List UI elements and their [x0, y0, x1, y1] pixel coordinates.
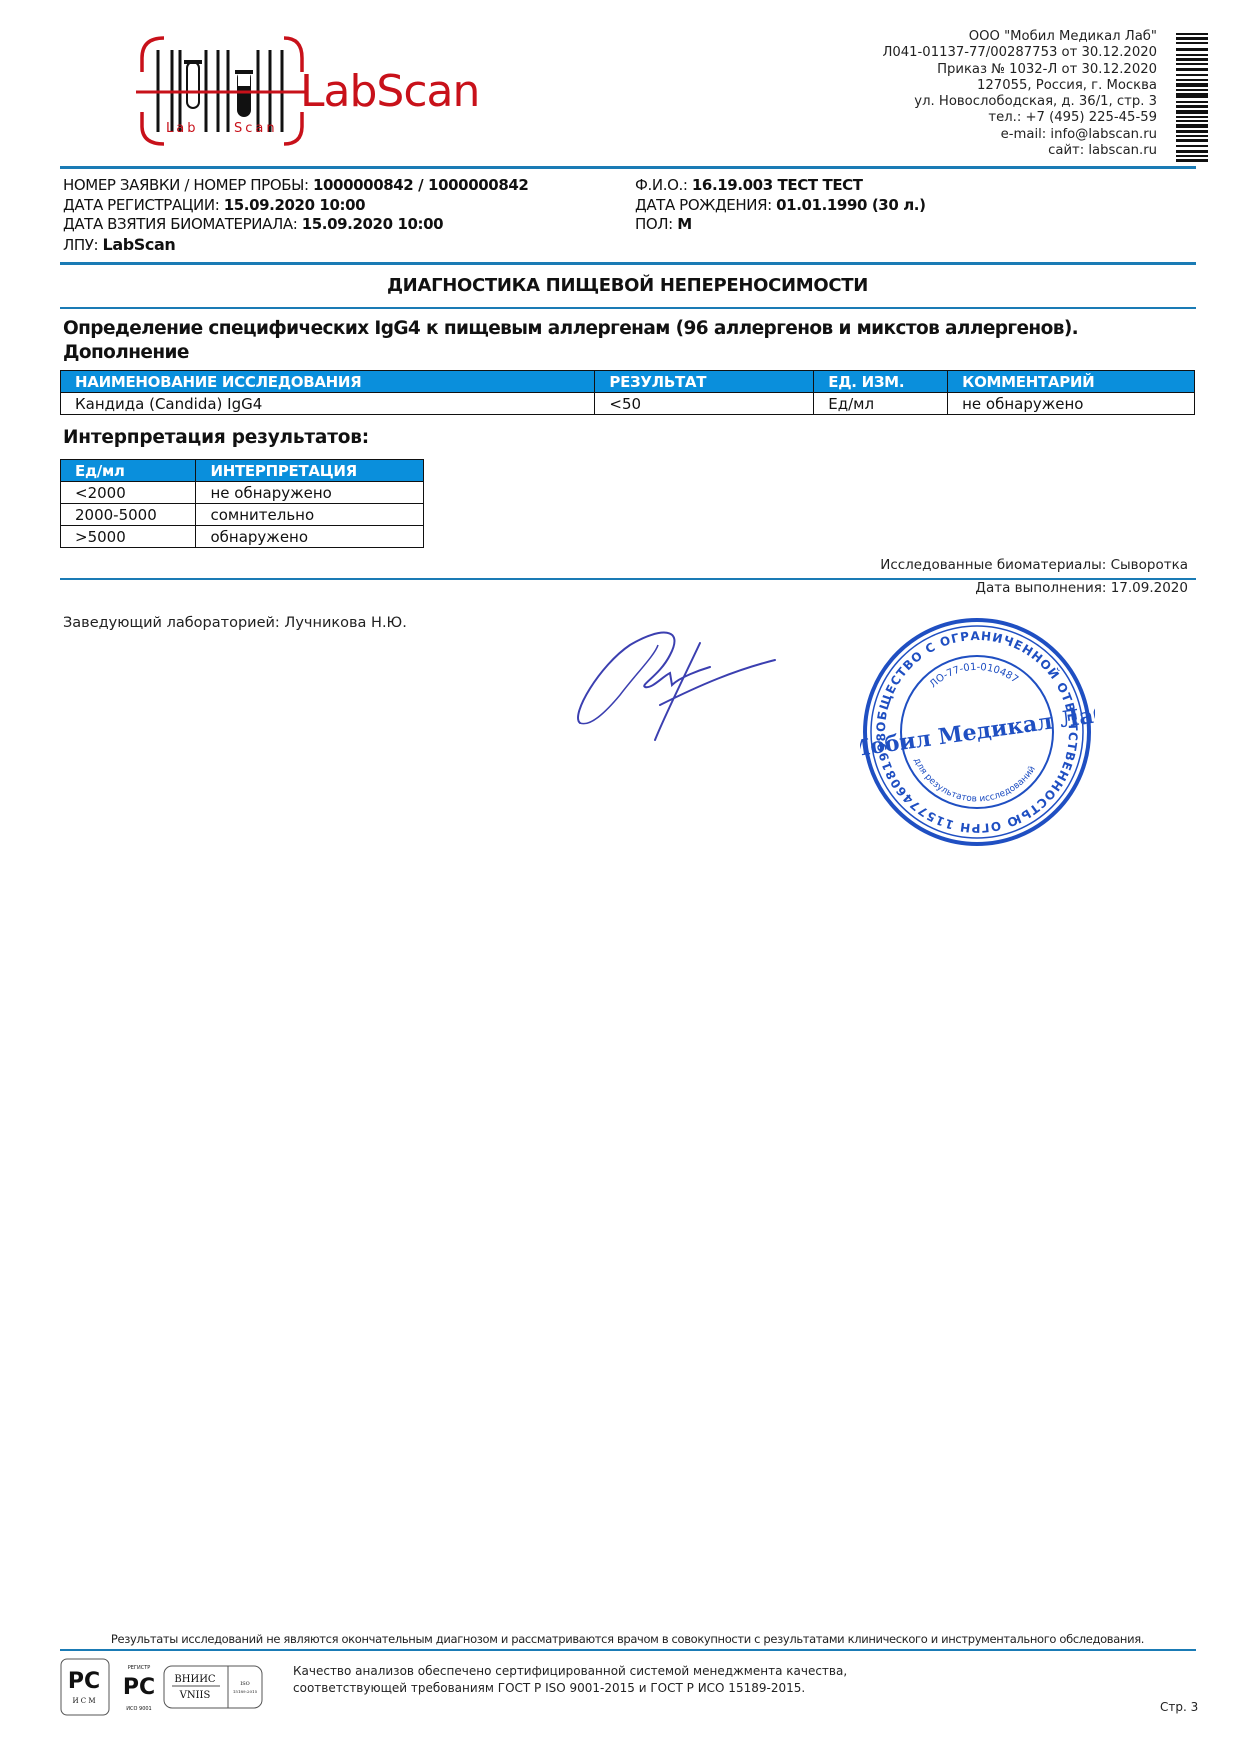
interpretation-table: Ед/мл ИНТЕРПРЕТАЦИЯ <2000 не обнаружено … [60, 459, 424, 548]
patient-info: Ф.И.О.: 16.19.003 ТЕСТ ТЕСТ ДАТА РОЖДЕНИ… [635, 176, 926, 235]
svg-text:РЕГИСТР: РЕГИСТР [128, 1665, 151, 1671]
clinic: LabScan [103, 235, 176, 254]
org-order: Приказ № 1032-Л от 30.12.2020 [882, 62, 1157, 78]
birth-date: 01.01.1990 (30 л.) [776, 196, 925, 214]
divider-title-bottom [60, 307, 1196, 309]
org-email: e-mail: info@labscan.ru [882, 127, 1157, 143]
org-site: сайт: labscan.ru [882, 143, 1157, 159]
test-name: Определение специфических IgG4 к пищевым… [63, 317, 1213, 365]
table-row: Кандида (Candida) IgG4 <50 Ед/мл не обна… [61, 393, 1195, 415]
sample-date: 15.09.2020 10:00 [302, 215, 443, 233]
org-city: 127055, Россия, г. Москва [882, 78, 1157, 94]
svg-text:Scan: Scan [234, 121, 278, 136]
interpretation-header-row: Ед/мл ИНТЕРПРЕТАЦИЯ [61, 460, 424, 482]
svg-text:PC: PC [123, 1675, 155, 1700]
sex: М [677, 215, 692, 233]
divider-title-top [60, 262, 1196, 265]
svg-text:PC: PC [68, 1669, 100, 1694]
svg-text:Lab: Lab [166, 121, 198, 136]
registration-date-row: ДАТА РЕГИСТРАЦИИ: 15.09.2020 10:00 [63, 196, 528, 216]
col-unit: ЕД. ИЗМ. [814, 371, 948, 393]
svg-text:ЛО-77-01-010487: ЛО-77-01-010487 [928, 662, 1020, 690]
org-street: ул. Новослободская, д. 36/1, стр. 3 [882, 94, 1157, 110]
svg-text:ВНИИС: ВНИИС [174, 1674, 216, 1685]
vniis-logo: ВНИИС VNIIS ISO 15189:2015 [164, 1666, 262, 1708]
org-phone: тел.: +7 (495) 225-45-59 [882, 110, 1157, 126]
svg-text:VNIIS: VNIIS [179, 1690, 211, 1701]
col-result: РЕЗУЛЬТАТ [595, 371, 814, 393]
svg-text:И С М: И С М [72, 1697, 95, 1705]
org-license: Л041-01137-77/00287753 от 30.12.2020 [882, 45, 1157, 61]
patient-name-row: Ф.И.О.: 16.19.003 ТЕСТ ТЕСТ [635, 176, 926, 196]
svg-text:для результатов исследований: для результатов исследований [911, 757, 1037, 805]
svg-text:15189:2015: 15189:2015 [233, 1689, 258, 1694]
table-row: >5000 обнаружено [61, 526, 424, 548]
request-number: 1000000842 / 1000000842 [313, 176, 528, 194]
interpretation-heading: Интерпретация результатов: [63, 427, 369, 448]
clinic-row: ЛПУ: LabScan [63, 235, 528, 256]
sex-row: ПОЛ: М [635, 215, 926, 235]
page-number: Стр. 3 [1160, 1700, 1198, 1714]
divider-footer [60, 1649, 1196, 1651]
sample-date-row: ДАТА ВЗЯТИЯ БИОМАТЕРИАЛА: 15.09.2020 10:… [63, 215, 528, 235]
organization-info: ООО "Мобил Медикал Лаб" Л041-01137-77/00… [882, 29, 1157, 159]
biomaterial-note: Исследованные биоматериалы: Сыворотка [880, 557, 1188, 573]
results-table: НАИМЕНОВАНИЕ ИССЛЕДОВАНИЯ РЕЗУЛЬТАТ ЕД. … [60, 370, 1195, 415]
request-number-row: НОМЕР ЗАЯВКИ / НОМЕР ПРОБЫ: 1000000842 /… [63, 176, 528, 196]
head-of-lab: Заведующий лабораторией: Лучникова Н.Ю. [63, 615, 407, 631]
logo-wordmark: LabScan [300, 66, 479, 117]
rst-iso9001-logo: РЕГИСТР PC ИСО 9001 [119, 1665, 159, 1712]
report-title: ДИАГНОСТИКА ПИЩЕВОЙ НЕПЕРЕНОСИМОСТИ [60, 275, 1195, 296]
table-row: <2000 не обнаружено [61, 482, 424, 504]
col-comment: КОММЕНТАРИЙ [948, 371, 1195, 393]
birth-date-row: ДАТА РОЖДЕНИЯ: 01.01.1990 (30 л.) [635, 196, 926, 216]
svg-text:ИСО 9001: ИСО 9001 [126, 1706, 151, 1712]
stamp-image: ОБЩЕСТВО С ОГРАНИЧЕННОЙ ОТВЕТСТВЕННОСТЬЮ… [860, 615, 1095, 850]
registration-date: 15.09.2020 10:00 [224, 196, 365, 214]
barcode-icon [1176, 33, 1208, 163]
results-header-row: НАИМЕНОВАНИЕ ИССЛЕДОВАНИЯ РЕЗУЛЬТАТ ЕД. … [61, 371, 1195, 393]
col-test-name: НАИМЕНОВАНИЕ ИССЛЕДОВАНИЯ [61, 371, 595, 393]
svg-text:ISO: ISO [240, 1681, 250, 1687]
certification-logos: PC И С М РЕГИСТР PC ИСО 9001 ВНИИС VNIIS… [60, 1658, 270, 1716]
signature-image [560, 615, 790, 755]
svg-text:«Мобил Медикал Лаб»: «Мобил Медикал Лаб» [860, 699, 1095, 765]
disclaimer: Результаты исследований не являются окон… [60, 1632, 1195, 1646]
completion-date: Дата выполнения: 17.09.2020 [975, 580, 1188, 596]
org-name: ООО "Мобил Медикал Лаб" [882, 29, 1157, 45]
divider-top [60, 166, 1196, 169]
rst-ism-logo: PC И С М [61, 1659, 109, 1715]
table-row: 2000-5000 сомнительно [61, 504, 424, 526]
quality-statement: Качество анализов обеспечено сертифициро… [293, 1663, 847, 1697]
request-info: НОМЕР ЗАЯВКИ / НОМЕР ПРОБЫ: 1000000842 /… [63, 176, 528, 255]
patient-name: 16.19.003 ТЕСТ ТЕСТ [692, 176, 863, 194]
